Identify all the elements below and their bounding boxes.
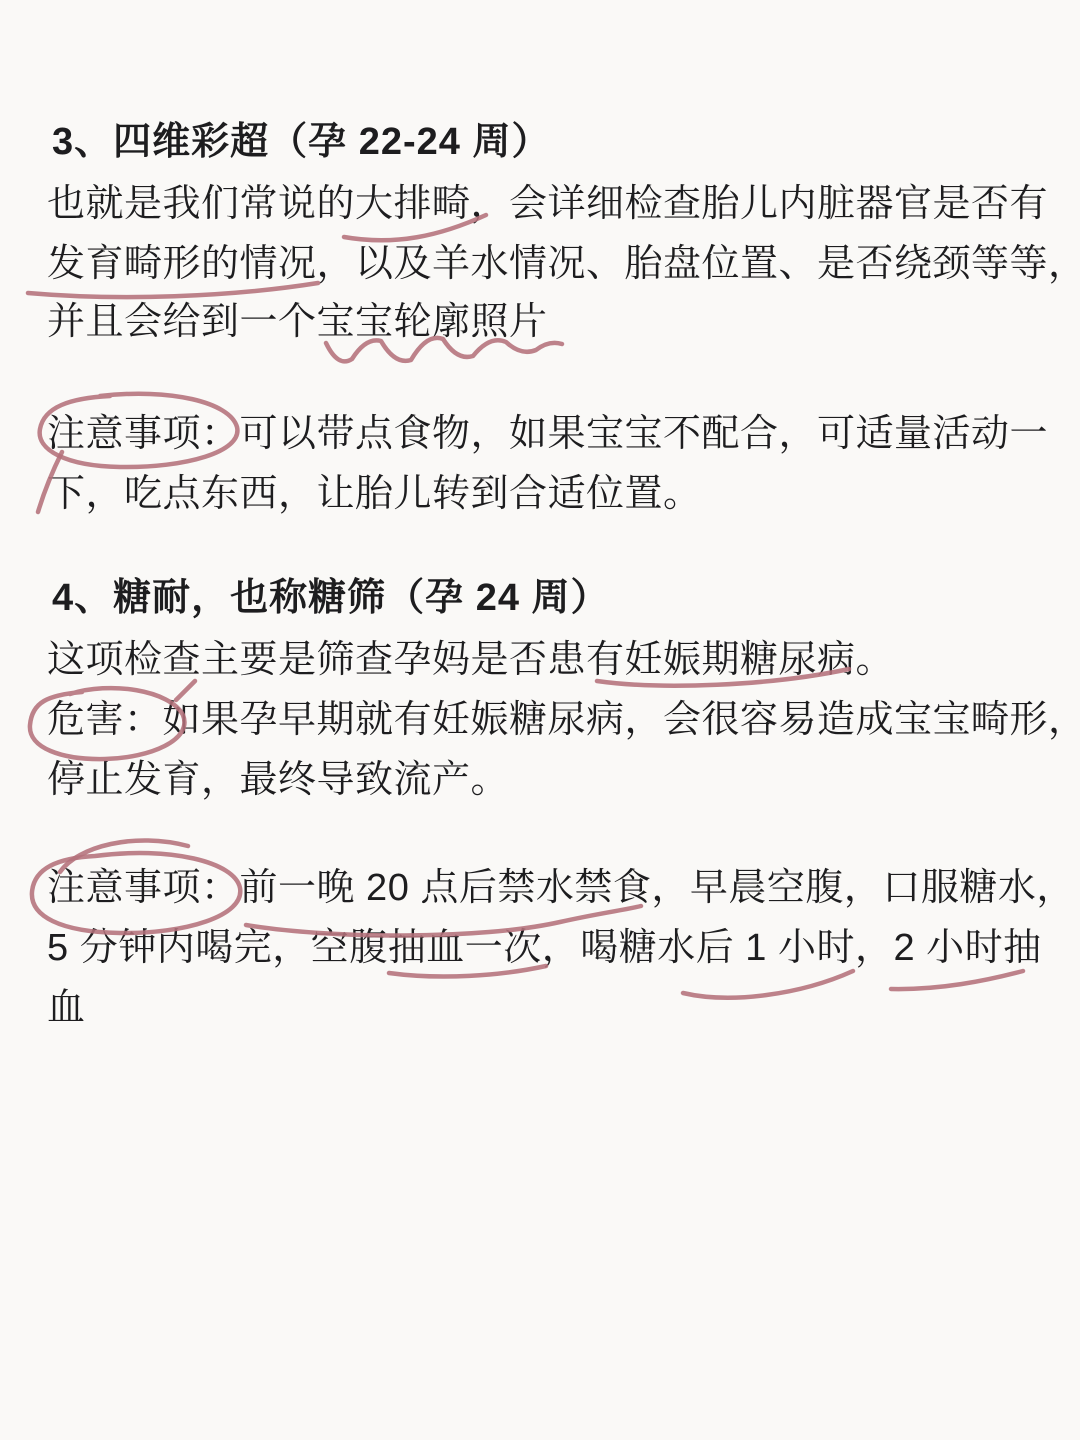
underline-1-hour-mark: [683, 971, 853, 998]
ultrasound-note-line-2: 下，吃点东西，让胎儿转到合适位置。: [47, 470, 702, 518]
section-glucose-heading: 4、糖耐，也称糖筛（孕 24 周）: [52, 574, 610, 622]
glucose-harm-line-1: 危害：如果孕早期就有妊娠糖尿病，会很容易造成宝宝畸形，: [47, 696, 1080, 744]
underline-2-hour-mark: [891, 971, 1023, 989]
ultrasound-note-line-1: 注意事项：可以带点食物，如果宝宝不配合，可适量活动一: [47, 410, 1048, 458]
glucose-note-line-1: 注意事项：前一晚 20 点后禁水禁食，早晨空腹，口服糖水，: [47, 864, 1075, 912]
note-page: 3、四维彩超（孕 22-24 周） 也就是我们常说的大排畸，会详细检查胎儿内脏器…: [0, 0, 1080, 1440]
glucose-note-line-3: 血: [47, 984, 86, 1032]
glucose-harm-line-2: 停止发育，最终导致流产。: [47, 756, 509, 804]
ultrasound-body-line-1: 也就是我们常说的大排畸，会详细检查胎儿内脏器官是否有: [47, 180, 1048, 228]
ultrasound-body-line-3: 并且会给到一个宝宝轮廓照片: [47, 298, 548, 346]
section-ultrasound-heading: 3、四维彩超（孕 22-24 周）: [52, 118, 550, 166]
glucose-intro-line: 这项检查主要是筛查孕妈是否患有妊娠期糖尿病。: [47, 636, 894, 684]
ultrasound-body-line-2: 发育畸形的情况，以及羊水情况、胎盘位置、是否绕颈等等，: [47, 240, 1080, 288]
glucose-note-line-2: 5 分钟内喝完，空腹抽血一次，喝糖水后 1 小时，2 小时抽: [47, 924, 1042, 972]
